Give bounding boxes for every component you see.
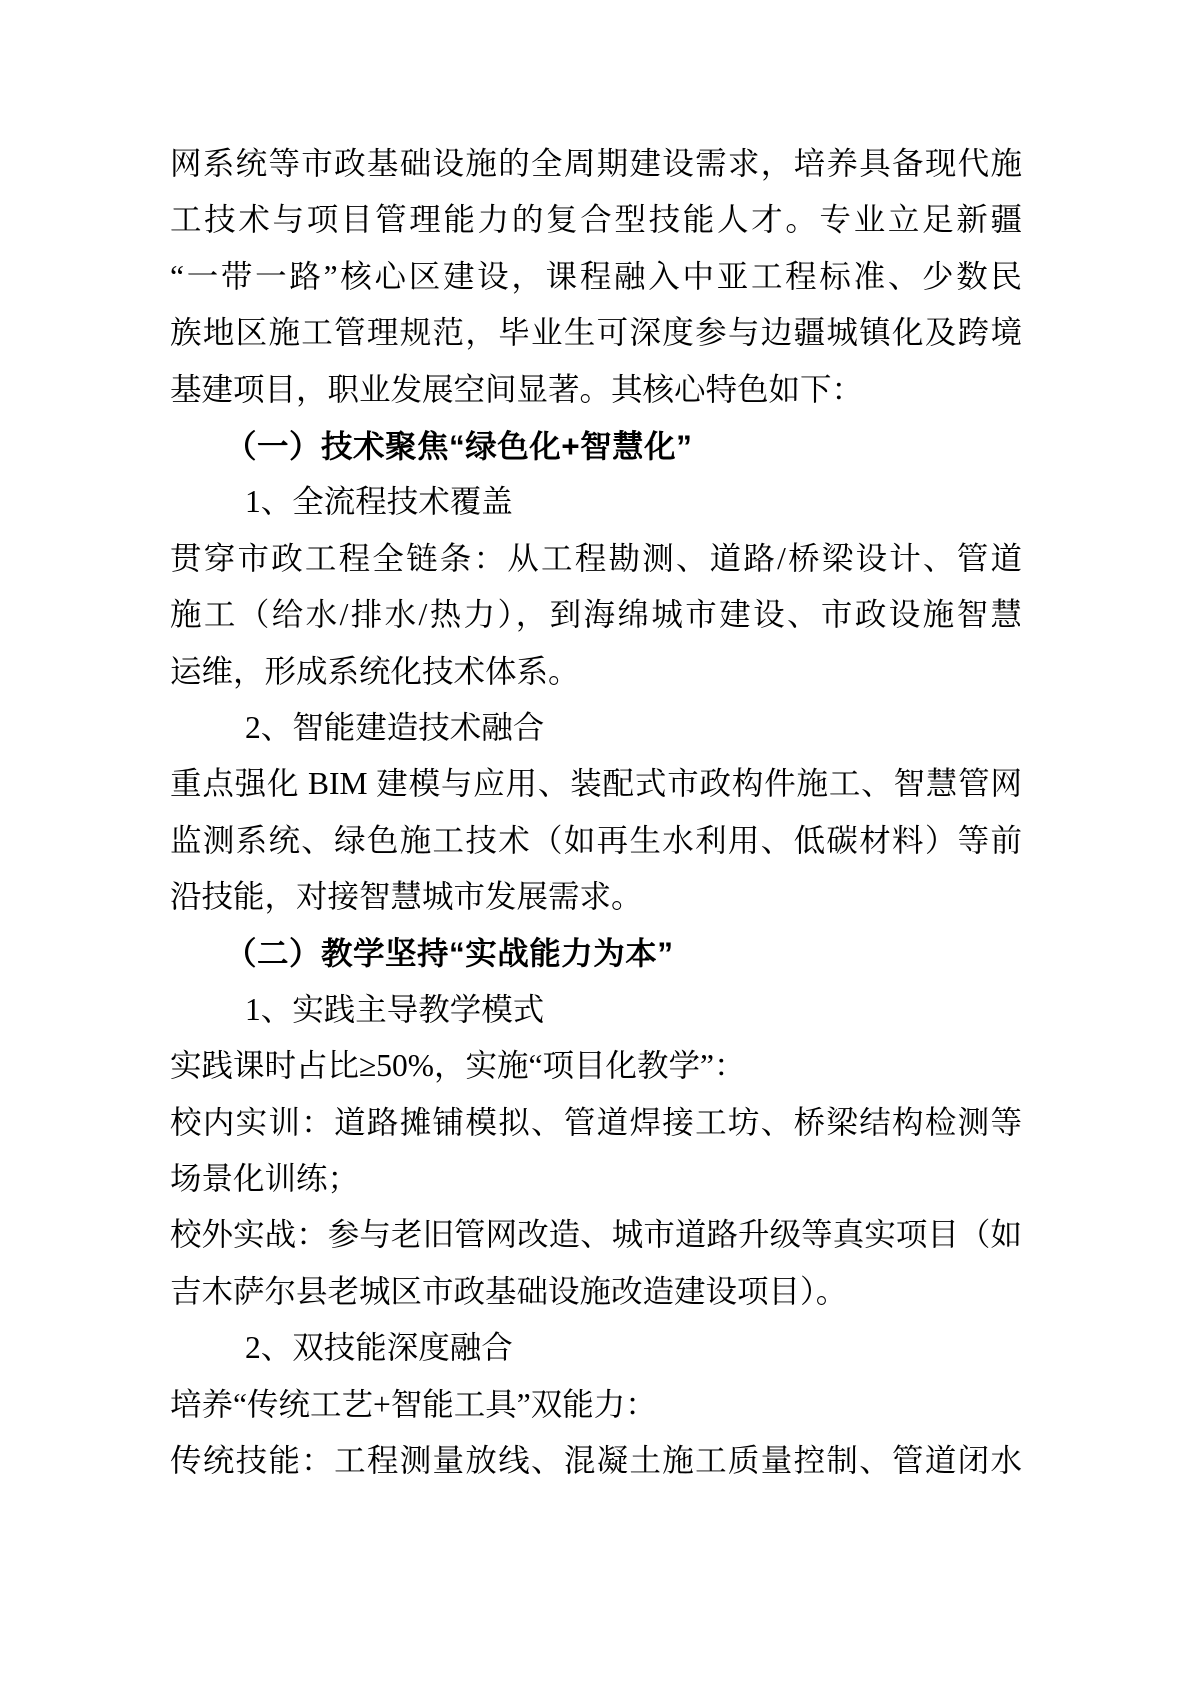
paragraph-line: 场景化训练； [170, 1151, 1022, 1207]
paragraph-line: 监测系统、绿色施工技术（如再生水利用、低碳材料）等前 [170, 813, 1022, 869]
paragraph-line: 校外实战：参与老旧管网改造、城市道路升级等真实项目（如 [170, 1207, 1022, 1263]
paragraph-line: 网系统等市政基础设施的全周期建设需求，培养具备现代施 [170, 136, 1022, 192]
paragraph-line: “一带一路”核心区建设，课程融入中亚工程标准、少数民 [170, 249, 1022, 305]
document-page: 网系统等市政基础设施的全周期建设需求，培养具备现代施工技术与项目管理能力的复合型… [0, 0, 1191, 1684]
paragraph-line: 工技术与项目管理能力的复合型技能人才。专业立足新疆 [170, 192, 1022, 248]
paragraph-line: 吉木萨尔县老城区市政基础设施改造建设项目）。 [170, 1264, 1022, 1320]
section-heading: （二）教学坚持“实战能力为本” [170, 925, 1022, 981]
paragraph-line: 校内实训：道路摊铺模拟、管道焊接工坊、桥梁结构检测等 [170, 1095, 1022, 1151]
paragraph-line: 基建项目，职业发展空间显著。其核心特色如下： [170, 362, 1022, 418]
section-heading: （一）技术聚焦“绿色化+智慧化” [170, 418, 1022, 474]
paragraph-line: 运维，形成系统化技术体系。 [170, 644, 1022, 700]
paragraph-line: 施工（给水/排水/热力），到海绵城市建设、市政设施智慧 [170, 587, 1022, 643]
paragraph-line: 实践课时占比≥50%，实施“项目化教学”： [170, 1038, 1022, 1094]
paragraph-line: 传统技能：工程测量放线、混凝土施工质量控制、管道闭水 [170, 1433, 1022, 1489]
paragraph-line: 贯穿市政工程全链条：从工程勘测、道路/桥梁设计、管道 [170, 531, 1022, 587]
paragraph-line: 族地区施工管理规范，毕业生可深度参与边疆城镇化及跨境 [170, 305, 1022, 361]
paragraph-line: 重点强化 BIM 建模与应用、装配式市政构件施工、智慧管网 [170, 756, 1022, 812]
numbered-item: 2、智能建造技术融合 [170, 700, 1022, 756]
paragraph-line: 沿技能，对接智慧城市发展需求。 [170, 869, 1022, 925]
paragraph-line: 培养“传统工艺+智能工具”双能力： [170, 1377, 1022, 1433]
numbered-item: 2、双技能深度融合 [170, 1320, 1022, 1376]
document-text-area: 网系统等市政基础设施的全周期建设需求，培养具备现代施工技术与项目管理能力的复合型… [170, 136, 1022, 1489]
numbered-item: 1、全流程技术覆盖 [170, 474, 1022, 530]
numbered-item: 1、实践主导教学模式 [170, 982, 1022, 1038]
